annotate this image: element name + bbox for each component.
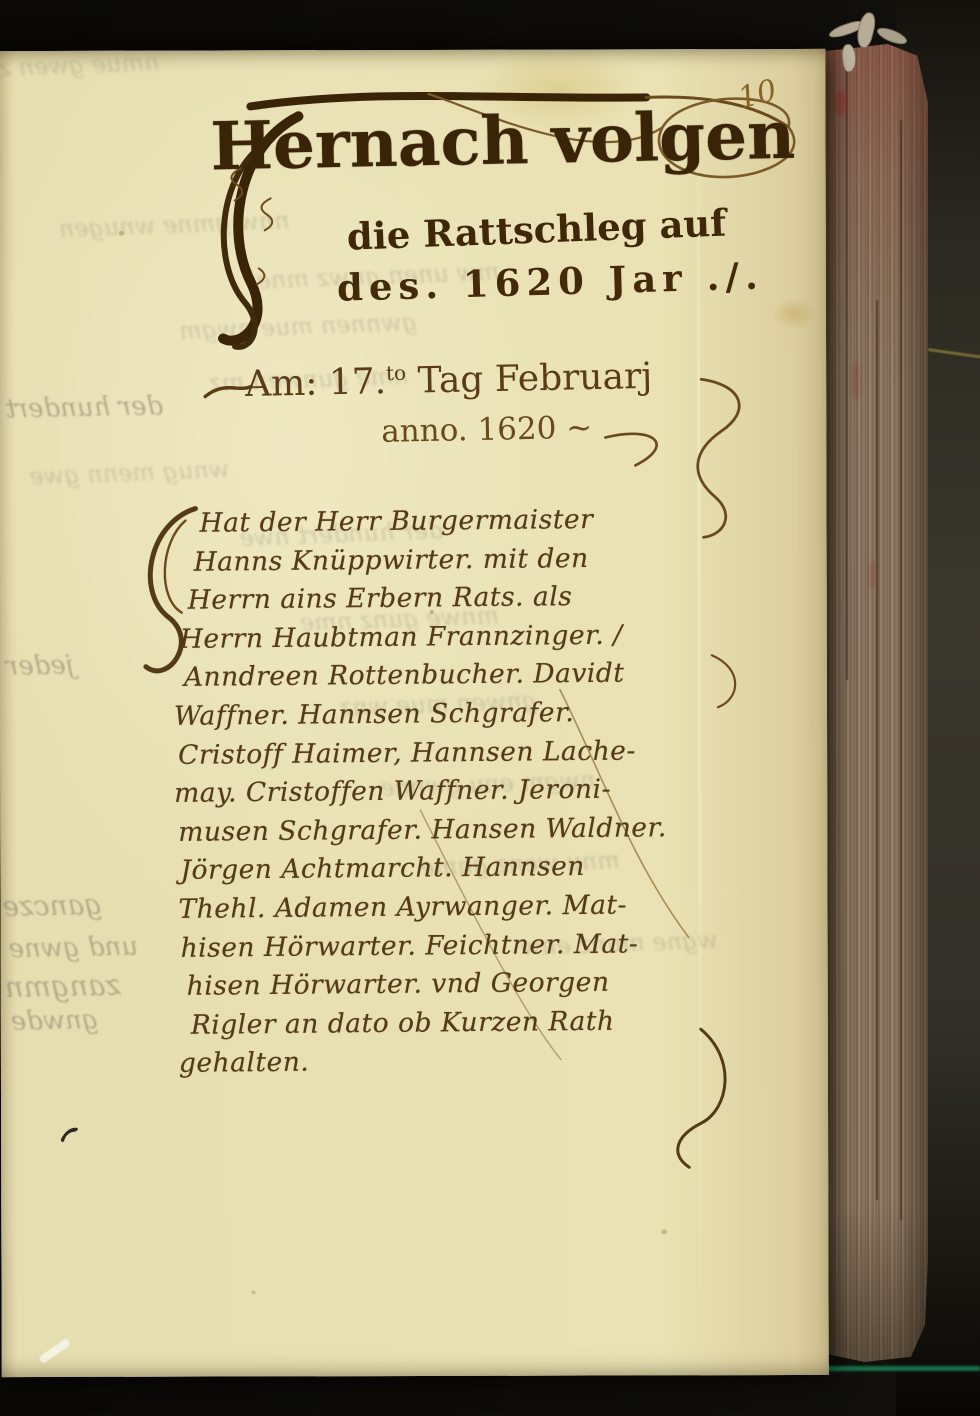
bleedthrough-line: gwnnen mue nwgm	[179, 308, 418, 345]
bleedthrough-margin-word: jeder	[6, 650, 75, 681]
paper-scratch	[38, 1338, 70, 1364]
body-paragraph: Hat der Herr BurgermaisterHanns Knüppwir…	[177, 501, 819, 1082]
body-line: Waffner. Hannsen Schgrafer.	[174, 692, 818, 737]
bookmark-tassel	[854, 11, 878, 50]
body-line: Thehl. Adamen Ayrwanger. Mat-	[178, 885, 818, 930]
bleedthrough-margin-word: der hundert	[5, 391, 163, 424]
green-table-edge-line	[826, 1366, 980, 1371]
body-line: hisen Hörwarter. vnd Georgen	[187, 962, 819, 1007]
body-line: Hanns Knüppwirter. mit den	[193, 537, 817, 582]
paper-speck	[661, 1229, 667, 1234]
bleedthrough-margin-word: gancze	[2, 888, 102, 923]
paper-speck	[252, 1290, 256, 1294]
bleedthrough-text-layer: nnw gmne wnugenmw unen gnwz mneigwnnen m…	[0, 49, 825, 51]
fore-edge-crack	[846, 60, 848, 680]
bleedthrough-line: wnug menn gwe	[29, 455, 230, 490]
body-line: hisen Hörwarter. Feichtner. Mat-	[180, 923, 818, 968]
body-line: Herrn Haubtman Frannzinger. /	[180, 614, 818, 659]
fore-edge-crack	[900, 120, 902, 1220]
bleedthrough-line: nnw gmne wnugen	[58, 206, 290, 243]
body-line: Rigler an dato ob Kurzen Rath	[191, 1000, 819, 1045]
bleedthrough-margin-word: und gwne	[8, 932, 138, 965]
body-line: gehalten.	[179, 1039, 819, 1084]
manuscript-page: nnw gmne wnugenmw unen gnwz mneigwnnen m…	[0, 49, 829, 1377]
heading-line-1: Hernach volgen	[210, 96, 771, 185]
dateline: Am: 17.to Tag Februarj	[245, 356, 653, 405]
dateline-year: anno. 1620 ~	[381, 410, 593, 450]
photo-scene: nnw gmne wnugenmw unen gnwz mneigwnnen m…	[0, 0, 980, 1416]
body-line: Herrn ains Erbern Rats. als	[188, 576, 818, 621]
body-line: may. Cristoffen Waffner. Jeroni-	[174, 769, 818, 814]
ink-blot	[57, 1123, 83, 1145]
body-line: Jörgen Achtmarcht. Hannsen	[180, 846, 818, 891]
book-fore-edge	[822, 44, 928, 1362]
body-line: Hat der Herr Burgermaister	[199, 499, 817, 544]
red-edge-stain	[852, 360, 860, 400]
bleedthrough-margin-word: zangmn	[4, 968, 121, 1004]
fore-edge-crack	[876, 300, 878, 1200]
bleedthrough-line: nmue gwen z	[0, 48, 160, 82]
heading-line-2: die Rattschleg auf	[346, 201, 727, 259]
dateline-month: Tag Februarj	[406, 356, 653, 402]
dateline-ordinal: to	[386, 361, 407, 385]
body-line: Cristoff Haimer, Hannsen Lache-	[178, 730, 818, 775]
red-edge-stain	[836, 90, 846, 116]
body-line: Anndreen Rottenbucher. Davidt	[184, 653, 818, 698]
body-line: musen Schgrafer. Hansen Waldner.	[178, 807, 818, 852]
bleedthrough-margin-word: gnwde	[11, 1005, 99, 1037]
red-edge-stain	[868, 560, 877, 590]
dateline-day: Am: 17.	[245, 361, 387, 405]
